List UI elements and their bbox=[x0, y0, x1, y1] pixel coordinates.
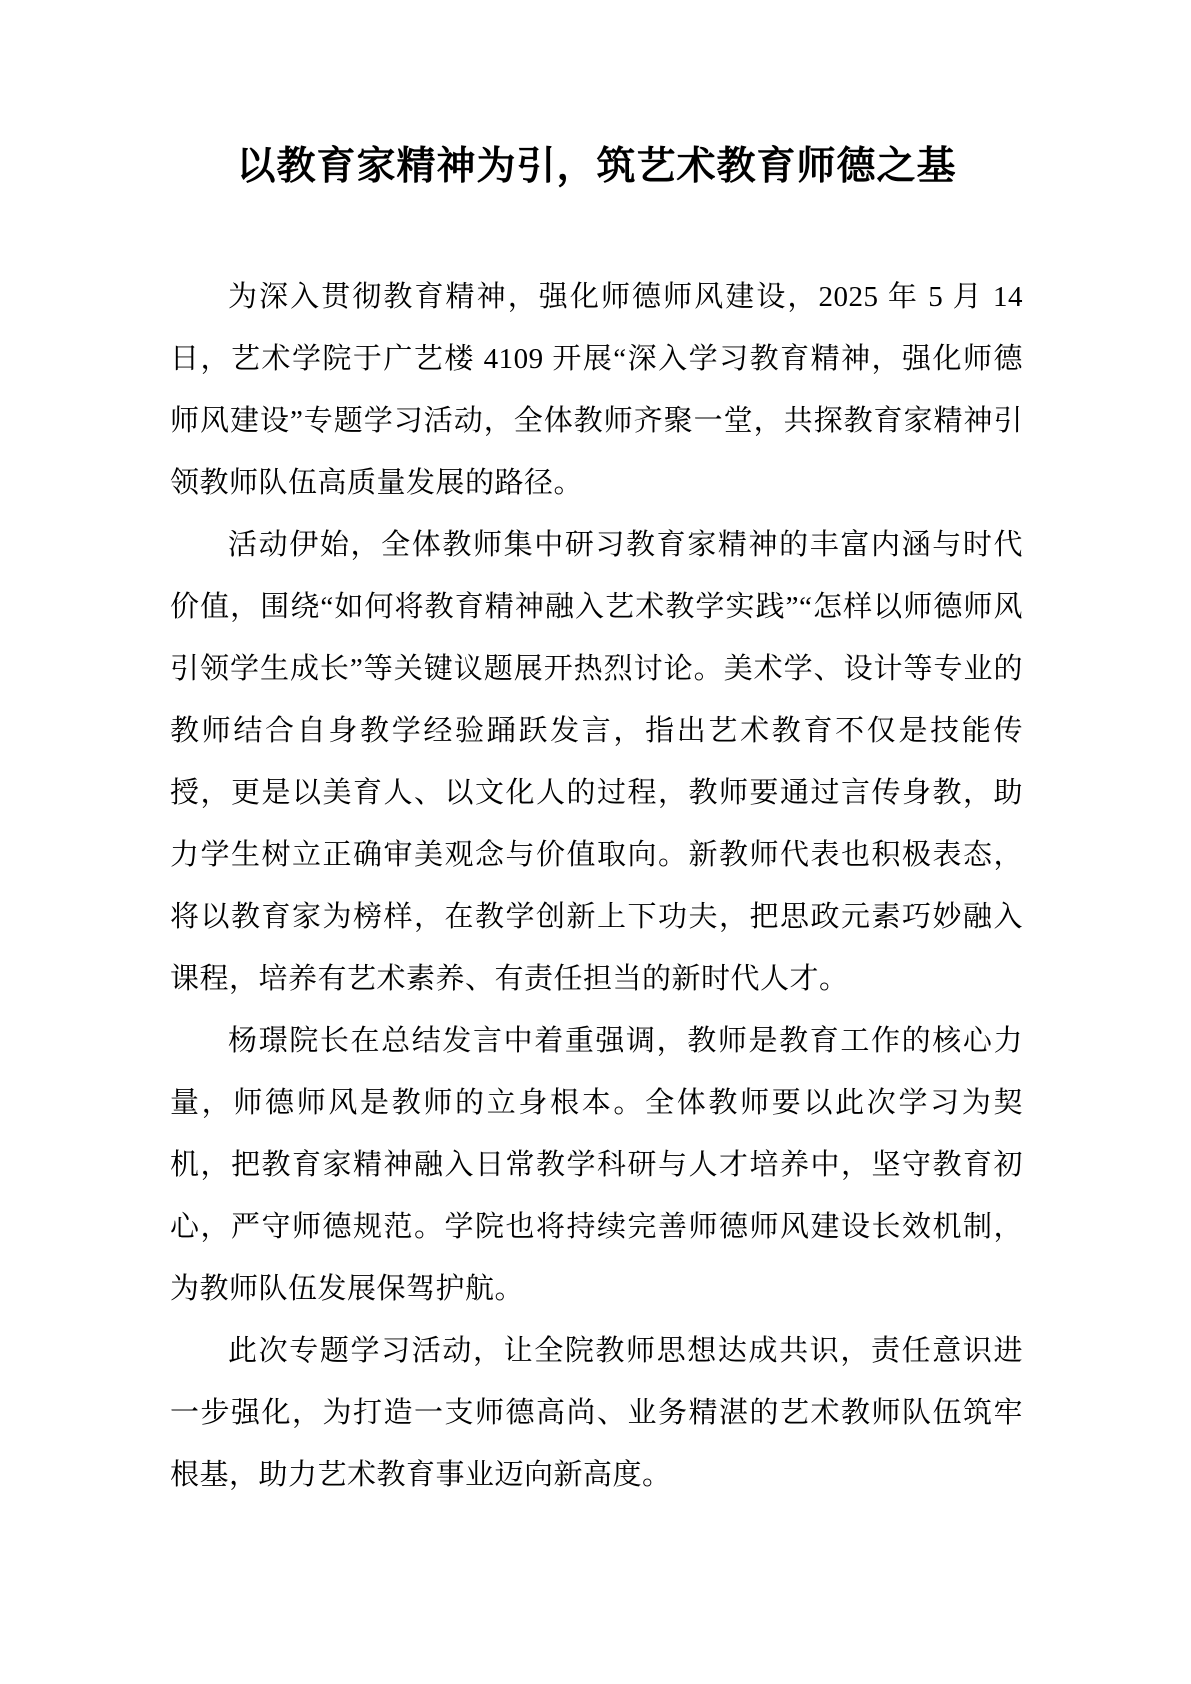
paragraph-discussion: 活动伊始，全体教师集中研习教育家精神的丰富内涵与时代价值，围绕“如何将教育精神融… bbox=[170, 514, 1023, 1010]
document-title: 以教育家精神为引，筑艺术教育师德之基 bbox=[170, 138, 1023, 196]
paragraph-dean-remarks: 杨璟院长在总结发言中着重强调，教师是教育工作的核心力量，师德师风是教师的立身根本… bbox=[170, 1010, 1023, 1320]
document-body: 为深入贯彻教育精神，强化师德师风建设，2025 年 5 月 14 日，艺术学院于… bbox=[170, 266, 1023, 1506]
paragraph-intro: 为深入贯彻教育精神，强化师德师风建设，2025 年 5 月 14 日，艺术学院于… bbox=[170, 266, 1023, 514]
document-page: 以教育家精神为引，筑艺术教育师德之基 为深入贯彻教育精神，强化师德师风建设，20… bbox=[0, 0, 1191, 1684]
paragraph-conclusion: 此次专题学习活动，让全院教师思想达成共识，责任意识进一步强化，为打造一支师德高尚… bbox=[170, 1320, 1023, 1506]
